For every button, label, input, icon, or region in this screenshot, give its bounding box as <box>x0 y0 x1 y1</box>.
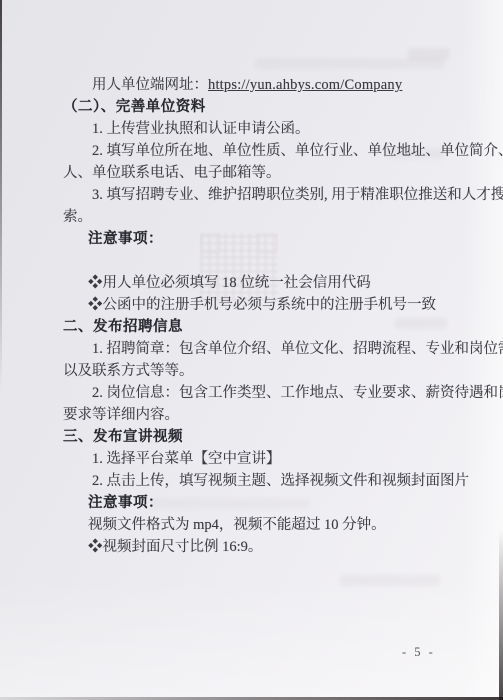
wrapped-line: 要求等详细内容。 <box>63 404 443 426</box>
list-item: 1. 上传营业执照和认证申请公函。 <box>63 118 443 140</box>
url-link: https://yun.ahbys.com/Company <box>208 77 402 93</box>
list-item: 1. 招聘简章：包含单位介绍、单位文化、招聘流程、专业和岗位需求 <box>63 338 443 360</box>
scan-highlight-bottom <box>0 580 503 700</box>
scan-edge-left <box>0 0 2 390</box>
page-number: - 5 - <box>402 645 435 660</box>
list-item: 1. 选择平台菜单【空中宣讲】 <box>63 448 443 470</box>
wrapped-line: 以及联系方式等等。 <box>63 360 443 382</box>
wrapped-line: 人、单位联系电话、电子邮箱等。 <box>63 162 443 184</box>
document-body: 用人单位端网址：https://yun.ahbys.com/Company （二… <box>0 0 503 558</box>
intro-line: 用人单位端网址：https://yun.ahbys.com/Company <box>63 74 443 96</box>
list-item: 2. 点击上传，填写视频主题、选择视频文件和视频封面图片 <box>63 470 443 492</box>
list-item: 2. 填写单位所在地、单位性质、单位行业、单位地址、单位简介、单位联系 <box>63 140 443 162</box>
wrapped-line: 索。 <box>63 206 443 228</box>
list-item: 2. 岗位信息：包含工作类型、工作地点、专业要求、薪资待遇和岗位 <box>63 382 443 404</box>
note-item: ❖用人单位必须填写 18 位统一社会信用代码 <box>63 272 443 294</box>
list-item: 3. 填写招聘专业、维护招聘职位类别, 用于精准职位推送和人才搜 <box>63 184 443 206</box>
note-item: ❖视频封面尺寸比例 16:9。 <box>63 536 443 558</box>
intro-label: 用人单位端网址： <box>92 77 208 93</box>
notes-heading: 注意事项： <box>63 492 443 514</box>
scan-edge-right <box>499 530 503 700</box>
notes-heading: 注意事项： <box>63 228 443 250</box>
scanned-document-page: 用人单位端网址：https://yun.ahbys.com/Company （二… <box>0 0 503 700</box>
bleedthrough-smudge <box>340 575 440 586</box>
section-heading: （二）、完善单位资料 <box>63 96 443 118</box>
section-heading: 二、发布招聘信息 <box>63 316 443 338</box>
section-heading: 三、发布宣讲视频 <box>63 426 443 448</box>
note-item: ❖公函中的注册手机号必须与系统中的注册手机号一致 <box>63 294 443 316</box>
note-item: 视频文件格式为 mp4，视频不能超过 10 分钟。 <box>63 514 443 536</box>
